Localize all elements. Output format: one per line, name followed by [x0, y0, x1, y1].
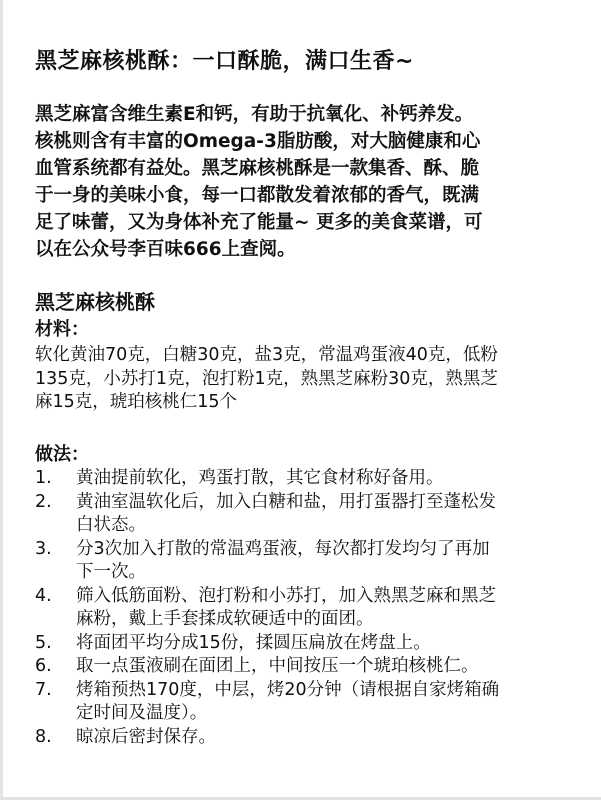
step-number: 4.: [35, 585, 76, 632]
method-steps: 1. 黄油提前软化，鸡蛋打散，其它食材称好备用。 2. 黄油室温软化后，加入白糖…: [35, 467, 580, 749]
step-item: 5. 将面团平均分成15份，揉圆压扁放在烤盘上。: [35, 632, 580, 656]
step-text: 黄油提前软化，鸡蛋打散，其它食材称好备用。: [76, 467, 444, 491]
intro-line: 核桃则含有丰富的Omega-3脂肪酸，对大脑健康和心: [35, 128, 580, 155]
intro-line: 足了味蕾，又为身体补充了能量~ 更多的美食菜谱，可: [35, 209, 580, 236]
step-text: 将面团平均分成15份，揉圆压扁放在烤盘上。: [76, 632, 431, 656]
step-line: 黄油室温软化后，加入白糖和盐，用打蛋器打至蓬松发: [76, 491, 496, 515]
step-text: 取一点蛋液刷在面团上，中间按压一个琥珀核桃仁。: [76, 655, 479, 679]
intro-line: 血管系统都有益处。黑芝麻核桃酥是一款集香、酥、脆: [35, 155, 580, 182]
step-text: 分3次加入打散的常温鸡蛋液，每次都打发均匀了再加 下一次。: [76, 538, 490, 585]
method-heading: 做法：: [35, 443, 89, 467]
step-line: 烤箱预热170度，中层，烤20分钟（请根据自家烤箱确: [76, 679, 499, 703]
step-text: 晾凉后密封保存。: [76, 726, 216, 750]
materials-line: 135克，小苏打1克，泡打粉1克，熟黑芝麻粉30克，熟黑芝: [35, 368, 580, 392]
intro-line: 黑芝麻富含维生素E和钙，有助于抗氧化、补钙养发。: [35, 101, 580, 128]
step-line: 麻粉，戴上手套揉成软硬适中的面团。: [76, 608, 496, 632]
step-line: 将面团平均分成15份，揉圆压扁放在烤盘上。: [76, 632, 431, 656]
step-number: 7.: [35, 679, 76, 726]
step-text: 筛入低筋面粉、泡打粉和小苏打，加入熟黑芝麻和黑芝 麻粉，戴上手套揉成软硬适中的面…: [76, 585, 496, 632]
step-item: 2. 黄油室温软化后，加入白糖和盐，用打蛋器打至蓬松发 白状态。: [35, 491, 580, 538]
materials-list: 软化黄油70克，白糖30克，盐3克，常温鸡蛋液40克，低粉 135克，小苏打1克…: [35, 344, 580, 415]
step-line: 筛入低筋面粉、泡打粉和小苏打，加入熟黑芝麻和黑芝: [76, 585, 496, 609]
step-line: 白状态。: [76, 514, 496, 538]
intro-paragraph: 黑芝麻富含维生素E和钙，有助于抗氧化、补钙养发。 核桃则含有丰富的Omega-3…: [35, 101, 580, 263]
step-line: 取一点蛋液刷在面团上，中间按压一个琥珀核桃仁。: [76, 655, 479, 679]
step-number: 1.: [35, 467, 76, 491]
step-item: 8. 晾凉后密封保存。: [35, 726, 580, 750]
step-item: 6. 取一点蛋液刷在面团上，中间按压一个琥珀核桃仁。: [35, 655, 580, 679]
step-text: 烤箱预热170度，中层，烤20分钟（请根据自家烤箱确 定时间及温度）。: [76, 679, 499, 726]
step-item: 7. 烤箱预热170度，中层，烤20分钟（请根据自家烤箱确 定时间及温度）。: [35, 679, 580, 726]
step-number: 8.: [35, 726, 76, 750]
materials-line: 麻15克，琥珀核桃仁15个: [35, 391, 580, 415]
intro-line: 以在公众号李百味666上查阅。: [35, 236, 580, 263]
step-item: 1. 黄油提前软化，鸡蛋打散，其它食材称好备用。: [35, 467, 580, 491]
materials-heading: 材料：: [35, 318, 89, 342]
step-number: 3.: [35, 538, 76, 585]
step-number: 2.: [35, 491, 76, 538]
materials-line: 软化黄油70克，白糖30克，盐3克，常温鸡蛋液40克，低粉: [35, 344, 580, 368]
page-title: 黑芝麻核桃酥：一口酥脆，满口生香~: [35, 47, 414, 77]
step-line: 分3次加入打散的常温鸡蛋液，每次都打发均匀了再加: [76, 538, 490, 562]
step-line: 黄油提前软化，鸡蛋打散，其它食材称好备用。: [76, 467, 444, 491]
step-number: 6.: [35, 655, 76, 679]
intro-line: 于一身的美味小食，每一口都散发着浓郁的香气，既满: [35, 182, 580, 209]
recipe-page: 黑芝麻核桃酥：一口酥脆，满口生香~ 黑芝麻富含维生素E和钙，有助于抗氧化、补钙养…: [0, 0, 601, 800]
step-item: 3. 分3次加入打散的常温鸡蛋液，每次都打发均匀了再加 下一次。: [35, 538, 580, 585]
step-number: 5.: [35, 632, 76, 656]
step-text: 黄油室温软化后，加入白糖和盐，用打蛋器打至蓬松发 白状态。: [76, 491, 496, 538]
step-line: 下一次。: [76, 561, 490, 585]
step-item: 4. 筛入低筋面粉、泡打粉和小苏打，加入熟黑芝麻和黑芝 麻粉，戴上手套揉成软硬适…: [35, 585, 580, 632]
step-line: 定时间及温度）。: [76, 702, 499, 726]
recipe-name-heading: 黑芝麻核桃酥: [35, 288, 155, 316]
step-line: 晾凉后密封保存。: [76, 726, 216, 750]
